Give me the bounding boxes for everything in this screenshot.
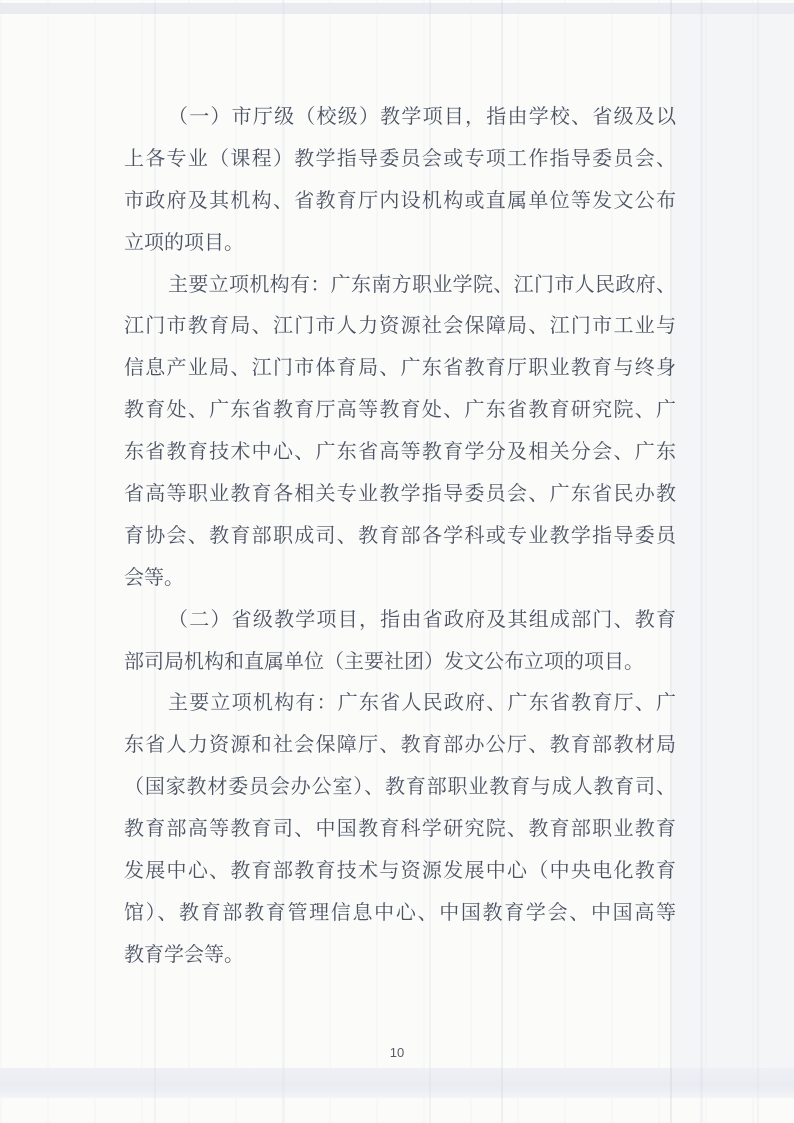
text-line: 教育学会等。 [124,935,676,977]
text-line: （国家教材委员会办公室）、教育部职业教育与成人教育司、 [124,767,676,809]
text-line: 育协会、教育部职成司、教育部各学科或专业教学指导委员 [124,516,676,558]
text-line: 发展中心、教育部教育技术与资源发展中心（中央电化教育 [124,851,676,893]
text-line: 立项的项目。 [124,223,676,265]
text-line: 教育部高等教育司、中国教育科学研究院、教育部职业教育 [124,809,676,851]
text-line: （二）省级教学项目，指由省政府及其组成部门、教育 [124,600,676,642]
text-line: 会等。 [124,558,676,600]
page-number: 10 [0,1045,794,1060]
scanned-document-page: { "page": { "background_color": "#fbfbfa… [0,0,794,1123]
text-line: 馆）、教育部教育管理信息中心、中国教育学会、中国高等 [124,893,676,935]
text-line: 部司局机构和直属单位（主要社团）发文公布立项的项目。 [124,642,676,684]
text-line: 东省人力资源和社会保障厅、教育部办公厅、教育部教材局 [124,725,676,767]
text-line: 主要立项机构有：广东省人民政府、广东省教育厅、广 [124,683,676,725]
text-line: 市政府及其机构、省教育厅内设机构或直属单位等发文公布 [124,181,676,223]
document-body-text: （一）市厅级（校级）教学项目，指由学校、省级及以 上各专业（课程）教学指导委员会… [124,97,676,977]
text-line: 东省教育技术中心、广东省高等教育学分及相关分会、广东 [124,432,676,474]
text-line: 主要立项机构有：广东南方职业学院、江门市人民政府、 [124,265,676,307]
text-line: 江门市教育局、江门市人力资源社会保障局、江门市工业与 [124,306,676,348]
text-line: 教育处、广东省教育厅高等教育处、广东省教育研究院、广 [124,390,676,432]
text-line: 信息产业局、江门市体育局、广东省教育厅职业教育与终身 [124,348,676,390]
scan-artifact-right-margin [672,14,794,1068]
text-line: 省高等职业教育各相关专业教学指导委员会、广东省民办教 [124,474,676,516]
text-line: 上各专业（课程）教学指导委员会或专项工作指导委员会、 [124,139,676,181]
scan-artifact-top-band [0,3,794,14]
scan-artifact-bottom-band [0,1068,794,1098]
text-line: （一）市厅级（校级）教学项目，指由学校、省级及以 [124,97,676,139]
